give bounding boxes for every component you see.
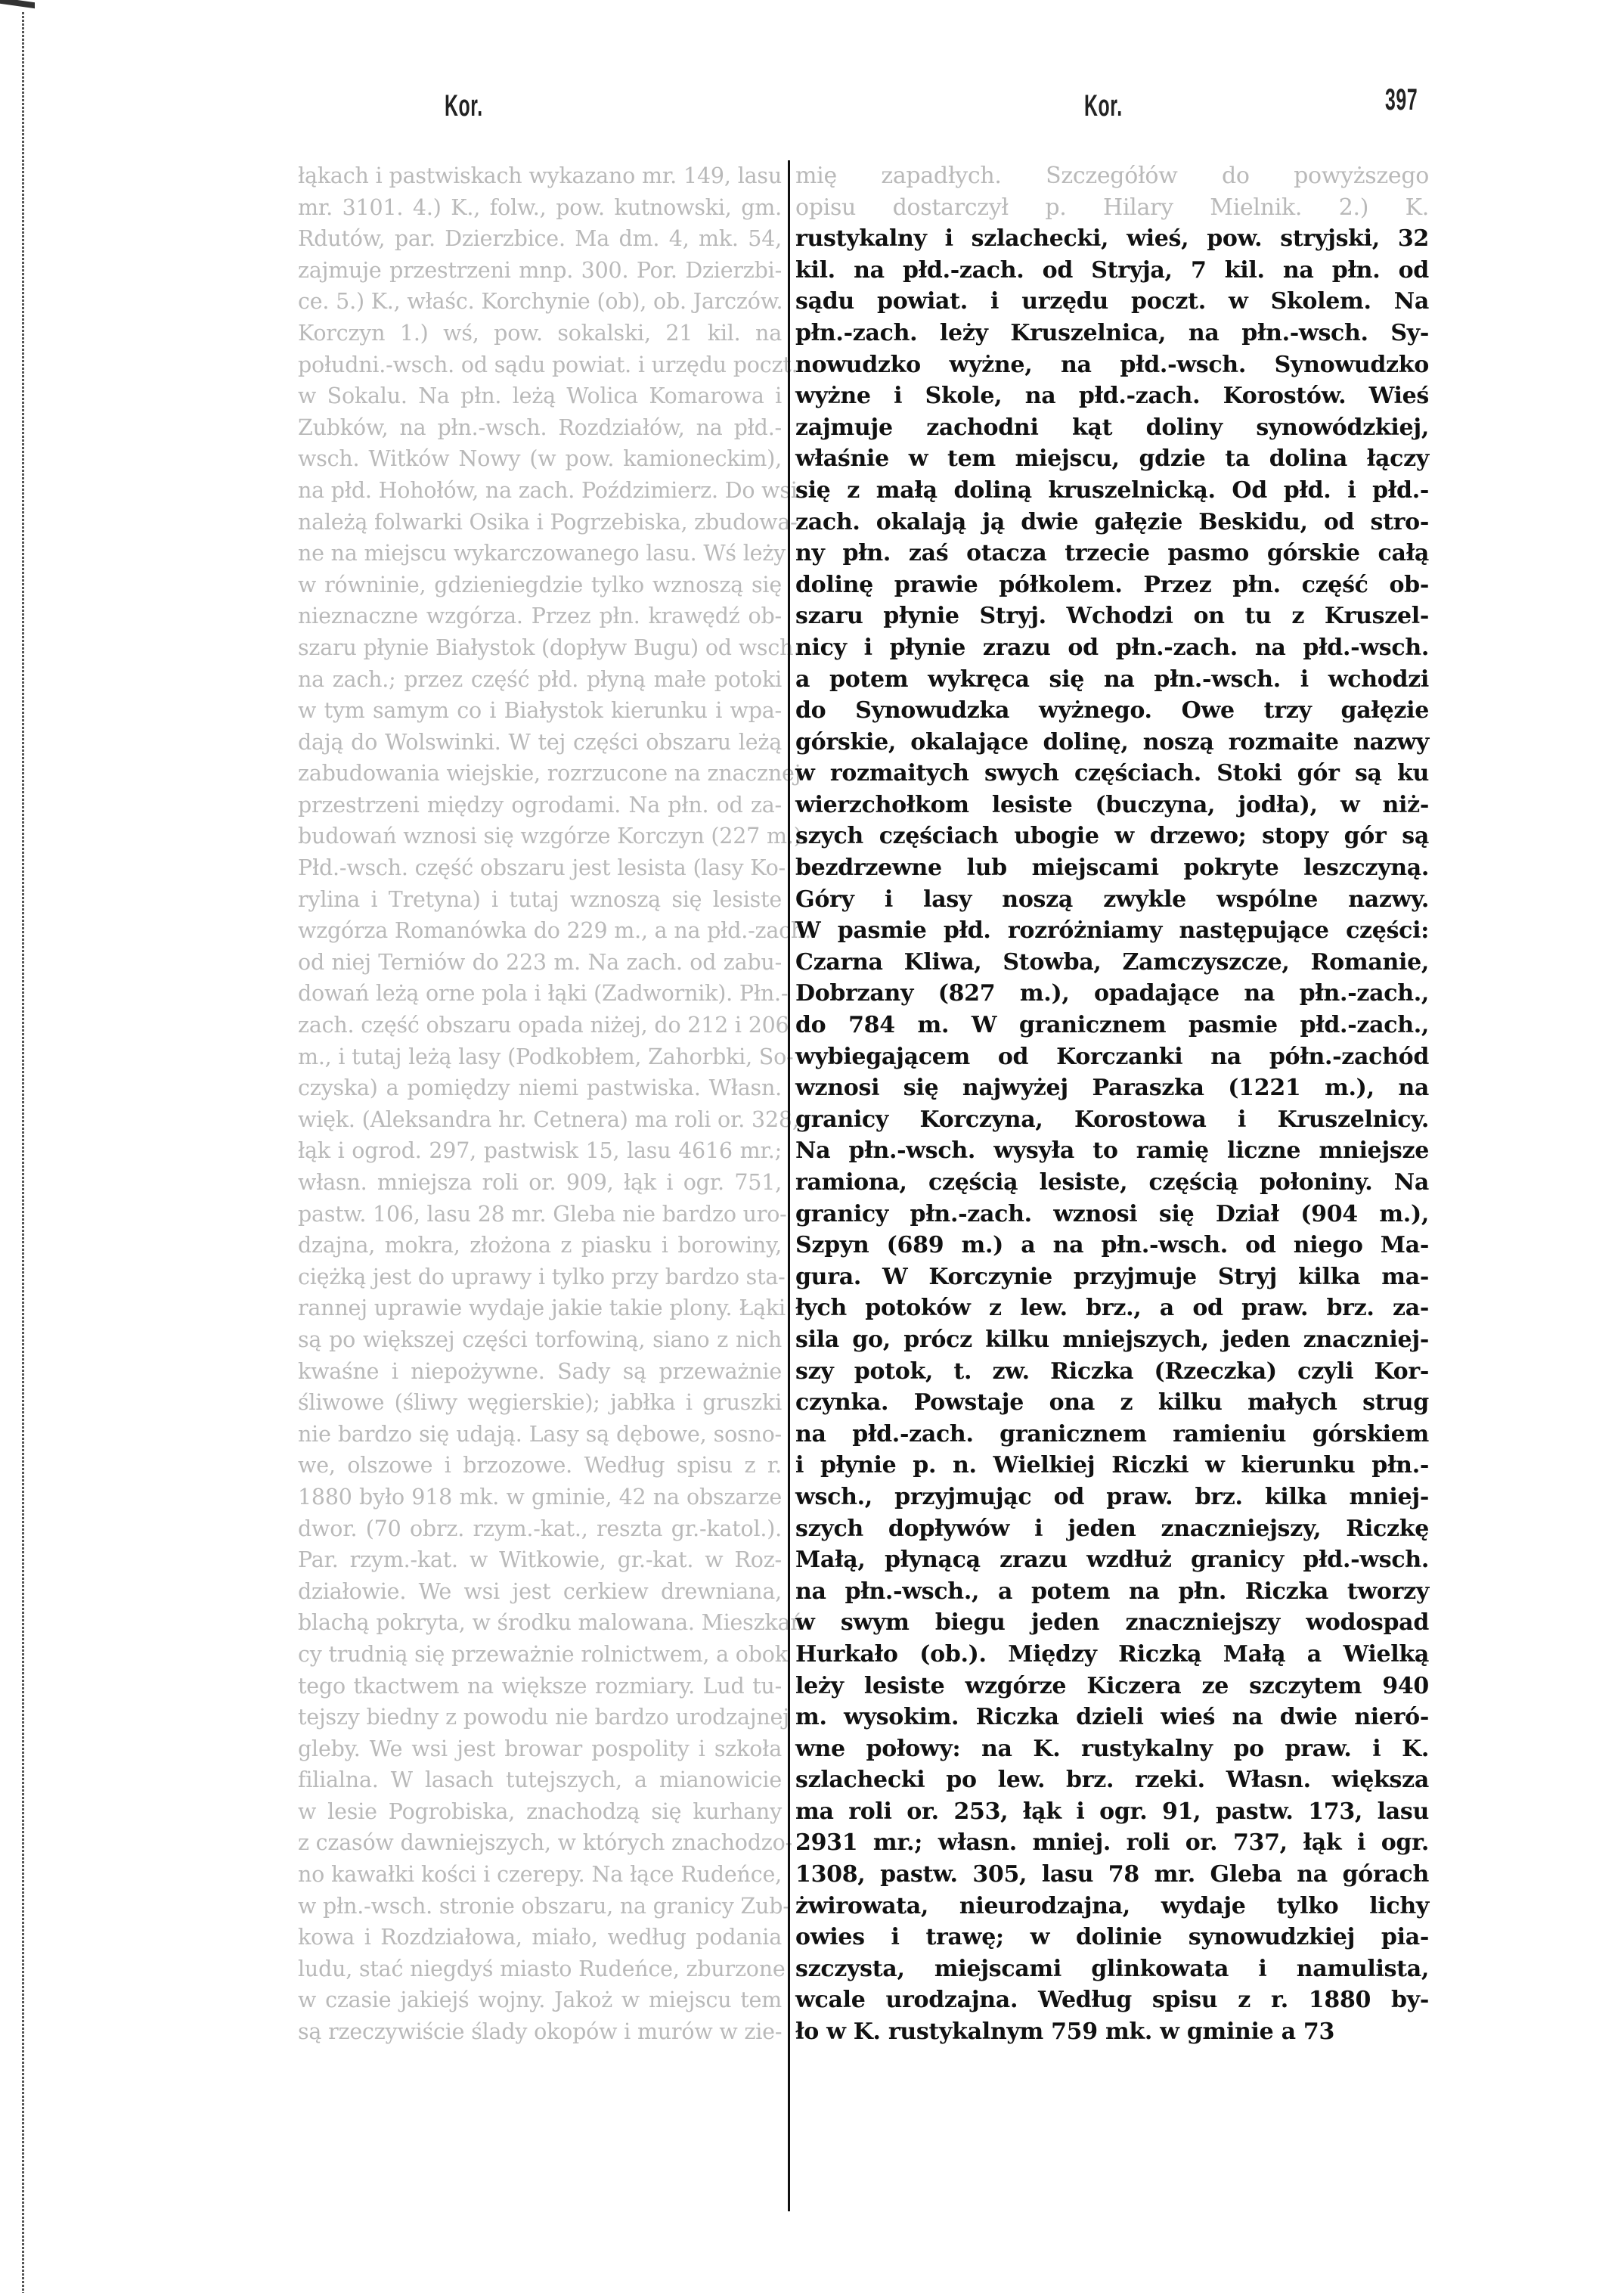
text-line: w swym biegu jeden znaczniejszy wodospad <box>795 1607 1429 1639</box>
text-line: na zach.; przez część płd. płyną małe po… <box>298 664 782 696</box>
text-line: łych potoków z lew. brz., a od praw. brz… <box>795 1292 1429 1324</box>
text-line: no kawałki kości i czerepy. Na łące Rude… <box>298 1859 782 1891</box>
text-line: w Sokalu. Na płn. leżą Wolica Komarowa i <box>298 380 782 412</box>
text-line: granicy Korczyna, Korostowa i Kruszelnic… <box>795 1104 1429 1136</box>
text-line: od niej Terniów do 223 m. Na zach. od za… <box>298 947 782 979</box>
text-line: granicy płn.-zach. wznosi się Dział (904… <box>795 1199 1429 1230</box>
text-line: kwaśne i niepożywne. Sady są przeważnie <box>298 1356 782 1388</box>
text-line: Czarna Kliwa, Stowba, Zamczyszcze, Roman… <box>795 947 1429 979</box>
text-line: łąkach i pastwiskach wykazano mr. 149, l… <box>298 160 782 192</box>
text-line: zajmuje zachodni kąt doliny synowódzkiej… <box>795 412 1429 444</box>
text-line: wne połowy: na K. rustykalny po praw. i … <box>795 1733 1429 1765</box>
text-line: w tym samym co i Białystok kierunku i wp… <box>298 695 782 727</box>
text-line: ne na miejscu wykarczowanego lasu. Wś le… <box>298 538 782 569</box>
text-line: cy trudnią się przeważnie rolnictwem, a … <box>298 1639 782 1671</box>
text-line: m. wysokim. Riczka dzieli wieś na dwie n… <box>795 1702 1429 1733</box>
text-line: tejszy biedny z powodu nie bardzo urodza… <box>298 1702 782 1733</box>
text-line: na płd.-zach. granicznem ramieniu górski… <box>795 1419 1429 1451</box>
text-line: szy potok, t. zw. Riczka (Rzeczka) czyli… <box>795 1356 1429 1388</box>
text-line: górskie, okalające dolinę, noszą rozmait… <box>795 727 1429 759</box>
text-line: ciężką jest do uprawy i tylko przy bardz… <box>298 1261 782 1293</box>
text-line: gura. W Korczynie przyjmuje Stryj kilka … <box>795 1261 1429 1293</box>
text-line: przestrzeni między ogrodami. Na płn. od … <box>298 790 782 821</box>
text-line: działowie. We wsi jest cerkiew drewniana… <box>298 1576 782 1608</box>
text-line: czyska) a pomiędzy niemi pastwiska. Włas… <box>298 1072 782 1104</box>
text-line: w czasie jakiejś wojny. Jakoż w miejscu … <box>298 1984 782 2016</box>
text-line: W pasmie płd. rozróżniamy następujące cz… <box>795 915 1429 947</box>
text-line: ny płn. zaś otacza trzecie pasmo górskie… <box>795 538 1429 569</box>
text-line: szych dopływów i jeden znaczniejszy, Ric… <box>795 1513 1429 1545</box>
text-line: a potem wykręca się na płn.-wsch. i wcho… <box>795 664 1429 696</box>
text-line: nicy i płynie zrazu od płn.-zach. na płd… <box>795 632 1429 664</box>
text-line: Szpyn (689 m.) a na płn.-wsch. od niego … <box>795 1230 1429 1261</box>
running-head-left: Kor. <box>445 89 483 123</box>
page-number: 397 <box>1385 83 1418 117</box>
text-line: wcale urodzajna. Według spisu z r. 1880 … <box>795 1984 1429 2016</box>
text-line: w rozmaitych swych częściach. Stoki gór … <box>795 758 1429 790</box>
text-line: Małą, płynącą zrazu wzdłuż granicy płd.-… <box>795 1544 1429 1576</box>
text-line: Korczyn 1.) wś, pow. sokalski, 21 kil. n… <box>298 318 782 349</box>
text-line: należą folwarki Osika i Pogrzebiska, zbu… <box>298 507 782 538</box>
text-line: rylina i Tretyna) i tutaj wznoszą się le… <box>298 884 782 916</box>
text-line: owies i trawę; w dolinie synowudzkiej pi… <box>795 1922 1429 1953</box>
text-line: ce. 5.) K., właśc. Korchynie (ob), ob. J… <box>298 286 782 318</box>
text-line: tego tkactwem na większe rozmiary. Lud t… <box>298 1671 782 1702</box>
text-line: nie bardzo się udają. Lasy są dębowe, so… <box>298 1419 782 1451</box>
text-line: własn. mniejsza roli or. 909, łąk i ogr.… <box>298 1167 782 1199</box>
scan-edge-corner <box>0 0 35 8</box>
text-line: do Synowudzka wyżnego. Owe trzy gałęzie <box>795 695 1429 727</box>
text-line: 2931 mr.; własn. mniej. roli or. 737, łą… <box>795 1827 1429 1859</box>
text-line: 1308, pastw. 305, lasu 78 mr. Gleba na g… <box>795 1859 1429 1891</box>
text-line: wyżne i Skole, na płd.-zach. Korostów. W… <box>795 380 1429 412</box>
text-line: dzajna, mokra, złożona z piasku i borowi… <box>298 1230 782 1261</box>
text-line: Płd.-wsch. część obszaru jest lesista (l… <box>298 852 782 884</box>
text-line: w płn.-wsch. stronie obszaru, na granicy… <box>298 1891 782 1922</box>
text-line: wierzchołkom lesiste (buczyna, jodła), w… <box>795 790 1429 821</box>
text-line: na płn.-wsch., a potem na płn. Riczka tw… <box>795 1576 1429 1608</box>
text-line: południ.-wsch. od sądu powiat. i urzędu … <box>298 349 782 381</box>
text-line: leży lesiste wzgórze Kiczera ze szczytem… <box>795 1671 1429 1702</box>
text-line: wznosi się najwyżej Paraszka (1221 m.), … <box>795 1072 1429 1104</box>
text-line: rustykalny i szlachecki, wieś, pow. stry… <box>795 223 1429 255</box>
text-line: Góry i lasy noszą zwykle wspólne nazwy. <box>795 884 1429 916</box>
text-line: sądu powiat. i urzędu poczt. w Skolem. N… <box>795 286 1429 318</box>
left-column: łąkach i pastwiskach wykazano mr. 149, l… <box>298 160 782 2048</box>
text-line: szaru płynie Białystok (dopływ Bugu) od … <box>298 632 782 664</box>
text-line: ludu, stać niegdyś miasto Rudeńce, zburz… <box>298 1953 782 1985</box>
text-line: do 784 m. W granicznem pasmie płd.-zach.… <box>795 1010 1429 1041</box>
text-line: mię zapadłych. Szczegółów do powyższego <box>795 160 1429 192</box>
text-line: Hurkało (ob.). Między Riczką Małą a Wiel… <box>795 1639 1429 1671</box>
text-line: śliwowe (śliwy węgierskie); jabłka i gru… <box>298 1387 782 1419</box>
text-line: w równinie, gdzieniegdzie tylko wznoszą … <box>298 569 782 601</box>
text-line: kil. na płd.-zach. od Stryja, 7 kil. na … <box>795 255 1429 287</box>
text-line: dowań leżą orne pola i łąki (Zadwornik).… <box>298 978 782 1010</box>
text-line: Par. rzym.-kat. w Witkowie, gr.-kat. w R… <box>298 1544 782 1576</box>
text-line: Na płn.-wsch. wysyła to ramię liczne mni… <box>795 1135 1429 1167</box>
text-line: na płd. Hohołów, na zach. Poździmierz. D… <box>298 475 782 507</box>
text-line: rannej uprawie wydaje jakie takie plony.… <box>298 1292 782 1324</box>
text-line: nieznaczne wzgórza. Przez płn. krawędź o… <box>298 600 782 632</box>
text-line: zach. część obszaru opada niżej, do 212 … <box>298 1010 782 1041</box>
text-line: nowudzko wyżne, na płd.-wsch. Synowudzko <box>795 349 1429 381</box>
text-line: szczysta, miejscami glinkowata i namulis… <box>795 1953 1429 1985</box>
text-line: właśnie w tem miejscu, gdzie ta dolina ł… <box>795 443 1429 475</box>
column-divider <box>788 160 790 2211</box>
text-line: Dobrzany (827 m.), opadające na płn.-zac… <box>795 978 1429 1010</box>
text-line: opisu dostarczył p. Hilary Mielnik. 2.) … <box>795 192 1429 224</box>
text-line: płn.-zach. leży Kruszelnica, na płn.-wsc… <box>795 318 1429 349</box>
text-line: kowa i Rozdziałowa, miało, według podani… <box>298 1922 782 1953</box>
text-line: gleby. We wsi jest browar pospolity i sz… <box>298 1733 782 1765</box>
text-line: łąk i ogrod. 297, pastwisk 15, lasu 4616… <box>298 1135 782 1167</box>
running-head-center: Kor. <box>1084 89 1123 123</box>
text-line: dolinę prawie półkolem. Przez płn. część… <box>795 569 1429 601</box>
text-line: blachą pokryta, w środku malowana. Miesz… <box>298 1607 782 1639</box>
text-line: i płynie p. n. Wielkiej Riczki w kierunk… <box>795 1450 1429 1482</box>
text-line: więk. (Aleksandra hr. Cetnera) ma roli o… <box>298 1104 782 1136</box>
text-line: Rdutów, par. Dzierzbice. Ma dm. 4, mk. 5… <box>298 223 782 255</box>
text-line: z czasów dawniejszych, w których znachod… <box>298 1827 782 1859</box>
text-line: ramiona, częścią lesiste, częścią połoni… <box>795 1167 1429 1199</box>
text-line: się z małą doliną kruszelnicką. Od płd. … <box>795 475 1429 507</box>
text-line: Zubków, na płn.-wsch. Rozdziałów, na płd… <box>298 412 782 444</box>
text-line: czynka. Powstaje ona z kilku małych stru… <box>795 1387 1429 1419</box>
text-line: wsch. Witków Nowy (w pow. kamioneckim), <box>298 443 782 475</box>
text-line: żwirowata, nieurodzajna, wydaje tylko li… <box>795 1891 1429 1922</box>
text-line: dają do Wolswinki. W tej części obszaru … <box>298 727 782 759</box>
text-line: zach. okalają ją dwie gałęzie Beskidu, o… <box>795 507 1429 538</box>
text-line: ma roli or. 253, łąk i ogr. 91, pastw. 1… <box>795 1796 1429 1828</box>
text-line: 1880 było 918 mk. w gminie, 42 na obszar… <box>298 1482 782 1513</box>
text-line: zabudowania wiejskie, rozrzucone na znac… <box>298 758 782 790</box>
text-line: sila go, prócz kilku mniejszych, jeden z… <box>795 1324 1429 1356</box>
text-line: są po większej części torfowiną, siano z… <box>298 1324 782 1356</box>
text-line: szych częściach ubogie w drzewo; stopy g… <box>795 821 1429 852</box>
scan-edge-line <box>22 12 24 2293</box>
text-line: m., i tutaj leżą lasy (Podkobłem, Zahorb… <box>298 1041 782 1073</box>
text-line: filialna. W lasach tutejszych, a mianowi… <box>298 1764 782 1796</box>
text-line: zajmuje przestrzeni mnp. 300. Por. Dzier… <box>298 255 782 287</box>
text-line: są rzeczywiście ślady okopów i murów w z… <box>298 2016 782 2048</box>
text-line: pastw. 106, lasu 28 mr. Gleba nie bardzo… <box>298 1199 782 1230</box>
text-line: bezdrzewne lub miejscami pokryte leszczy… <box>795 852 1429 884</box>
text-line: ło w K. rustykalnym 759 mk. w gminie a 7… <box>795 2016 1429 2048</box>
text-line: we, olszowe i brzozowe. Według spisu z r… <box>298 1450 782 1482</box>
text-line: wzgórza Romanówka do 229 m., a na płd.-z… <box>298 915 782 947</box>
text-line: wybiegającem od Korczanki na półn.-zachó… <box>795 1041 1429 1073</box>
text-line: wsch., przyjmując od praw. brz. kilka mn… <box>795 1482 1429 1513</box>
text-line: w lesie Pogrobiska, znachodzą się kurhan… <box>298 1796 782 1828</box>
right-column: mię zapadłych. Szczegółów do powyższegoo… <box>795 160 1429 2048</box>
text-line: budowań wznosi się wzgórze Korczyn (227 … <box>298 821 782 852</box>
text-line: szaru płynie Stryj. Wchodzi on tu z Krus… <box>795 600 1429 632</box>
text-line: dwor. (70 obrz. rzym.-kat., reszta gr.-k… <box>298 1513 782 1545</box>
text-line: szlachecki po lew. brz. rzeki. Własn. wi… <box>795 1764 1429 1796</box>
text-line: mr. 3101. 4.) K., folw., pow. kutnowski,… <box>298 192 782 224</box>
